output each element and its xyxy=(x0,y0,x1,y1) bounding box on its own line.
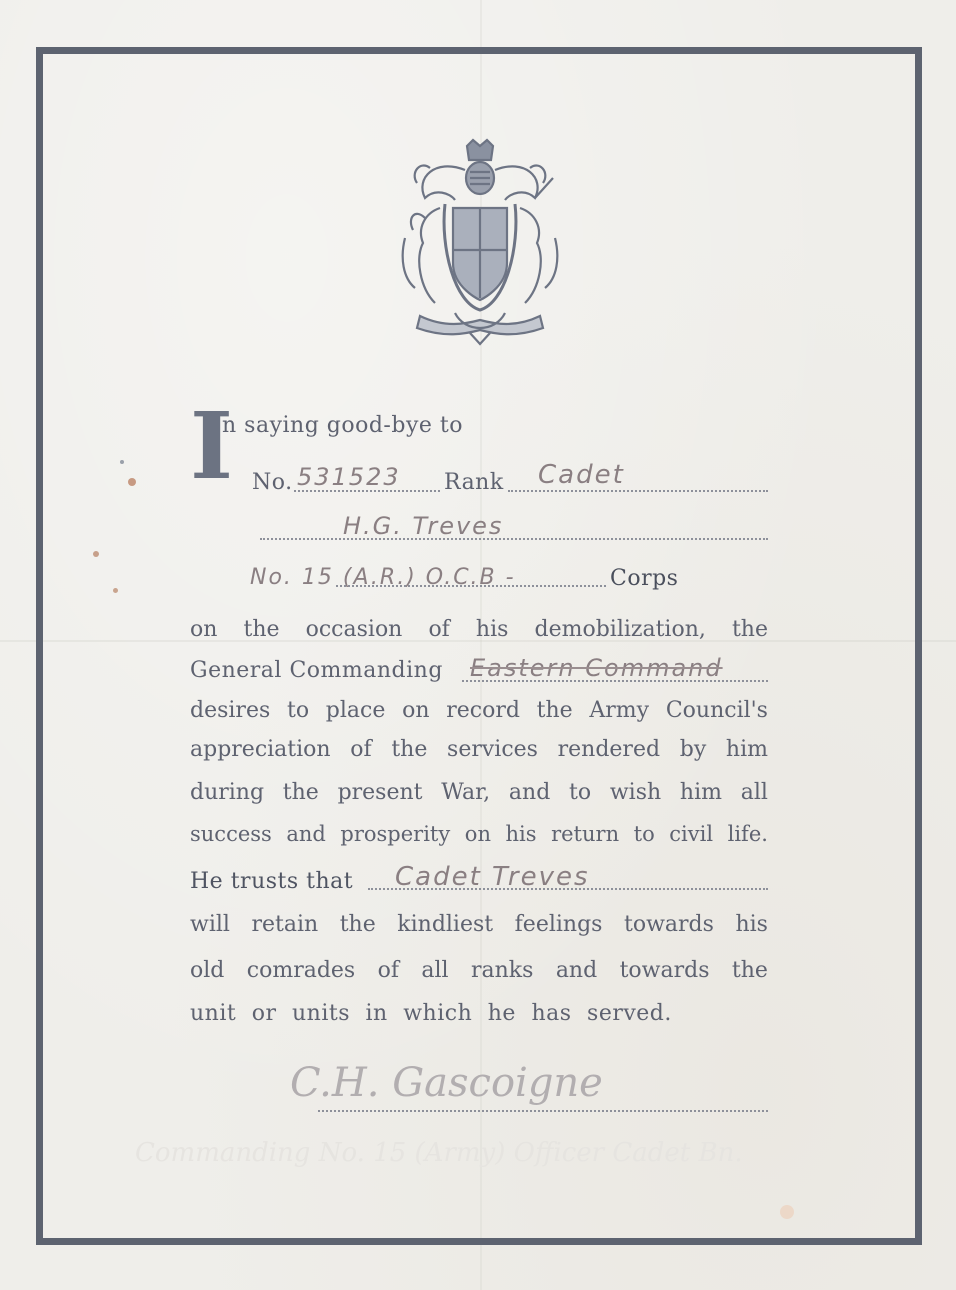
word: which xyxy=(403,1001,472,1026)
corps-line xyxy=(336,585,606,587)
word: He xyxy=(190,869,223,894)
word: towards xyxy=(620,958,710,983)
body-line-10: unit or units in which he has served. xyxy=(190,1001,672,1026)
word: he xyxy=(488,1001,516,1026)
word: the xyxy=(732,617,768,642)
word: towards xyxy=(624,912,714,937)
word: services xyxy=(447,737,538,762)
word: on xyxy=(190,617,217,642)
word: the xyxy=(244,617,280,642)
word: kindliest xyxy=(397,912,493,937)
word: and xyxy=(509,780,550,805)
word: him xyxy=(680,780,722,805)
word: rendered xyxy=(558,737,660,762)
word: present xyxy=(338,780,423,805)
body-line-5: during the present War, and to wish him … xyxy=(190,780,768,805)
body-line-1: on the occasion of his demobilization, t… xyxy=(190,617,768,642)
word: place xyxy=(326,698,386,723)
corps-label: Corps xyxy=(610,566,678,591)
word: of xyxy=(378,958,399,983)
word: his xyxy=(735,912,768,937)
word: on xyxy=(402,698,429,723)
word: on xyxy=(465,822,491,846)
word: retain xyxy=(251,912,318,937)
word: the xyxy=(283,780,319,805)
word: wish xyxy=(610,780,661,805)
word: to xyxy=(569,780,591,805)
word: served. xyxy=(587,1001,672,1026)
word: success xyxy=(190,822,272,846)
word: to xyxy=(287,698,309,723)
name-value: H.G. Treves xyxy=(343,512,503,540)
signature-line xyxy=(318,1110,768,1112)
rank-line xyxy=(508,490,768,492)
general-commanding-label: General Commanding xyxy=(190,658,443,683)
word: or xyxy=(252,1001,277,1026)
word: record xyxy=(446,698,520,723)
rank-value: Cadet xyxy=(538,460,625,490)
word: unit xyxy=(190,1001,236,1026)
word: life. xyxy=(728,822,768,846)
word: the xyxy=(340,912,376,937)
word: of xyxy=(350,737,371,762)
word: feelings xyxy=(515,912,603,937)
body-line-3: desires to place on record the Army Coun… xyxy=(190,698,768,723)
word: in xyxy=(366,1001,388,1026)
word: the xyxy=(732,958,768,983)
word: and xyxy=(286,822,326,846)
word: Council's xyxy=(666,698,768,723)
he-trusts-that-label: He trusts that xyxy=(190,869,353,894)
word: to xyxy=(634,822,655,846)
royal-coat-of-arms-icon xyxy=(395,138,565,346)
word: his xyxy=(476,617,509,642)
body-line-8: will retain the kindliest feelings towar… xyxy=(190,912,768,937)
word: by xyxy=(680,737,707,762)
signature-title: Commanding No. 15 (Army) Officer Cadet B… xyxy=(135,1138,743,1168)
opening-line: n saying good-bye to xyxy=(222,413,463,438)
word: appreciation xyxy=(190,737,331,762)
word: occasion xyxy=(306,617,403,642)
command-line xyxy=(462,680,768,682)
word: the xyxy=(391,737,427,762)
word: him xyxy=(726,737,768,762)
word: old xyxy=(190,958,224,983)
name-line xyxy=(260,538,768,540)
word: civil xyxy=(669,822,713,846)
service-number-line xyxy=(294,490,440,492)
word: and xyxy=(556,958,597,983)
word: return xyxy=(551,822,619,846)
word: that xyxy=(306,869,353,894)
word: ranks xyxy=(471,958,533,983)
word: General xyxy=(190,658,282,683)
word: desires xyxy=(190,698,270,723)
word: all xyxy=(741,780,768,805)
opening-text: n saying good-bye to xyxy=(222,413,463,438)
signature: C.H. Gascoigne xyxy=(290,1060,603,1106)
word: trusts xyxy=(231,869,299,894)
service-number-value: 531523 xyxy=(297,463,401,491)
body-line-4: appreciation of the services rendered by… xyxy=(190,737,768,762)
command-value: Eastern Command xyxy=(470,654,723,682)
number-label: No. xyxy=(252,470,293,495)
word: of xyxy=(428,617,449,642)
word: will xyxy=(190,912,230,937)
word: his xyxy=(506,822,537,846)
word: War, xyxy=(441,780,490,805)
word: all xyxy=(421,958,448,983)
word: the xyxy=(537,698,573,723)
body-line-6: success and prosperity on his return to … xyxy=(190,822,768,846)
word: during xyxy=(190,780,264,805)
word: units xyxy=(292,1001,350,1026)
body-line-9: old comrades of all ranks and towards th… xyxy=(190,958,768,983)
word: comrades xyxy=(247,958,355,983)
word: prosperity xyxy=(340,822,450,846)
word: Commanding xyxy=(289,658,442,683)
word: demobilization, xyxy=(534,617,705,642)
trusts-line xyxy=(368,888,768,890)
rank-label: Rank xyxy=(444,470,504,495)
word: has xyxy=(531,1001,571,1026)
word: Army xyxy=(589,698,649,723)
